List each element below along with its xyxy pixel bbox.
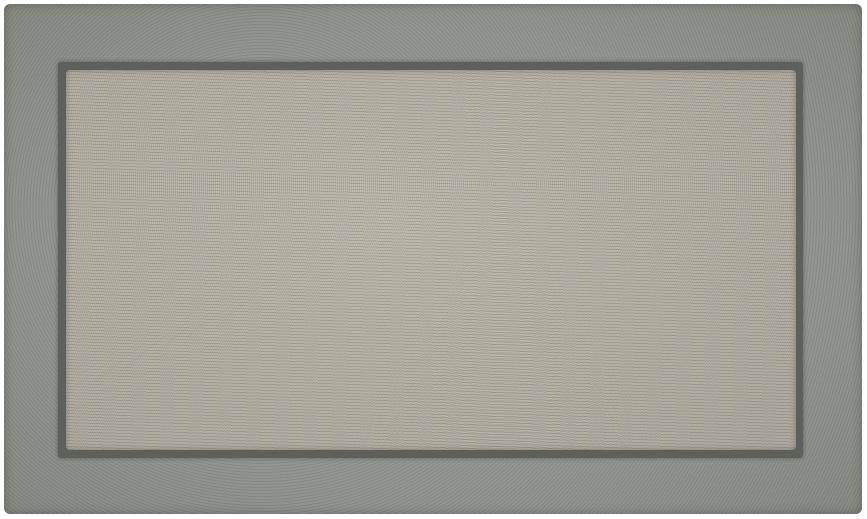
bath-mat-center-panel xyxy=(66,70,796,450)
